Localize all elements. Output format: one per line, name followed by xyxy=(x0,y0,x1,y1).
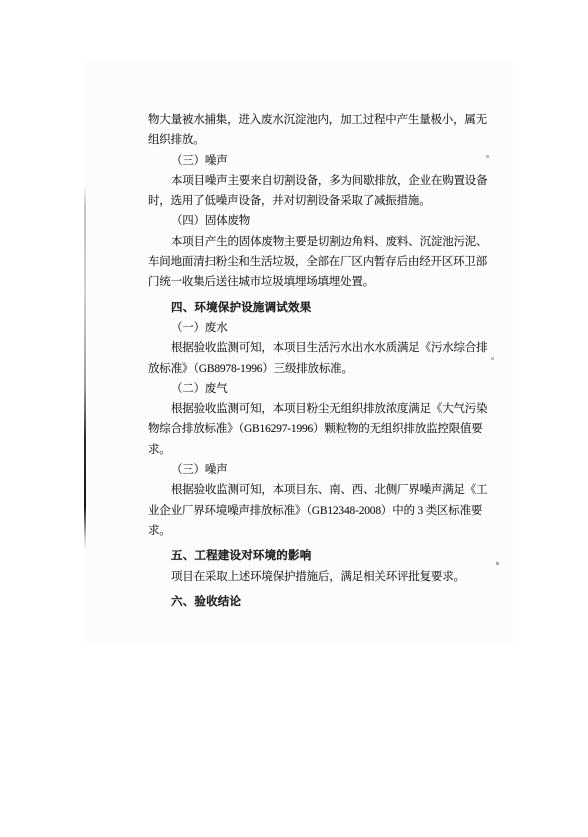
document-line: 本项目噪声主要来自切割设备，多为间歇排放，企业在购置设备 xyxy=(148,171,488,191)
document-line: 根据验收监测可知，本项目粉尘无组织排放浓度满足《大气污染 xyxy=(148,399,488,419)
document-line: 时，选用了低噪声设备，并对切割设备采取了减振措施。 xyxy=(148,191,488,211)
document-line: 组织排放。 xyxy=(148,130,488,150)
document-line: （二）废气 xyxy=(148,379,488,399)
document-line: 六、验收结论 xyxy=(148,592,488,612)
document-line: 放标准》（GB8978-1996）三级排放标准。 xyxy=(148,359,488,379)
document-line: （三）噪声 xyxy=(148,151,488,171)
document-text: 物大量被水捕集，进入废水沉淀池内，加工过程中产生量极小，属无组织排放。（三）噪声… xyxy=(148,110,488,612)
scanned-document-page: 物大量被水捕集，进入废水沉淀池内，加工过程中产生量极小，属无组织排放。（三）噪声… xyxy=(0,0,588,837)
scan-speck xyxy=(496,562,499,565)
document-line: （三）噪声 xyxy=(148,460,488,480)
document-line: 项目在采取上述环境保护措施后，满足相关环评批复要求。 xyxy=(148,567,488,587)
document-line: 本项目产生的固体废物主要是切割边角料、废料、沉淀池污泥、 xyxy=(148,232,488,252)
scan-speck xyxy=(491,357,494,360)
document-line: 物大量被水捕集，进入废水沉淀池内，加工过程中产生量极小，属无 xyxy=(148,110,488,130)
document-line: 门统一收集后送往城市垃圾填埋场填埋处置。 xyxy=(148,272,488,292)
document-line: 业企业厂界环境噪声排放标准》（GB12348-2008）中的 3 类区标准要 xyxy=(148,501,488,521)
document-line: （四）固体废物 xyxy=(148,211,488,231)
page-edge-shadow xyxy=(84,185,86,550)
document-line: （一）废水 xyxy=(148,318,488,338)
document-line: 根据验收监测可知，本项目生活污水出水水质满足《污水综合排 xyxy=(148,338,488,358)
document-line: 车间地面清扫粉尘和生活垃圾，全部在厂区内暂存后由经开区环卫部 xyxy=(148,252,488,272)
document-line: 根据验收监测可知，本项目东、南、西、北侧厂界噪声满足《工 xyxy=(148,480,488,500)
document-line: 五、工程建设对环境的影响 xyxy=(148,546,488,566)
document-line: 四、环境保护设施调试效果 xyxy=(148,298,488,318)
document-line: 求。 xyxy=(148,440,488,460)
document-line: 物综合排放标准》（GB16297-1996）颗粒物的无组织排放监控限值要 xyxy=(148,419,488,439)
document-line: 求。 xyxy=(148,521,488,541)
